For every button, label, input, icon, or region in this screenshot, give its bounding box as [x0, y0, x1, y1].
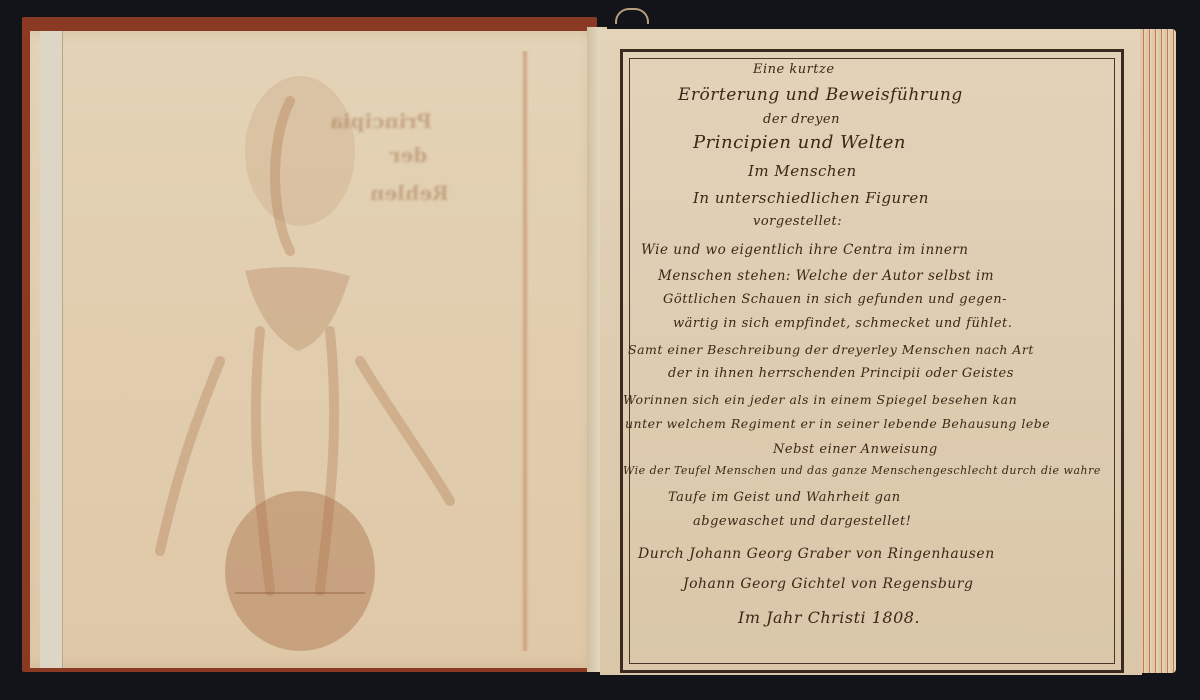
left-page: Principia der Rehlen [30, 31, 600, 668]
text-line: In unterschiedlichen Figuren [693, 189, 929, 207]
handwritten-text: Eine kurtze Erörterung und Beweisführung… [623, 52, 1121, 670]
open-book: Principia der Rehlen Eine kurtze Erörter… [22, 17, 1182, 681]
right-page: Eine kurtze Erörterung und Beweisführung… [600, 29, 1142, 675]
text-line: unter welchem Regiment er in seiner lebe… [625, 416, 1050, 431]
text-line: vorgestellet: [753, 214, 842, 229]
text-line: Wie und wo eigentlich ihre Centra im inn… [641, 242, 969, 258]
text-line: Im Jahr Christi 1808. [738, 608, 920, 627]
text-line: abgewaschet und dargestellet! [693, 514, 911, 529]
text-line: Johann Georg Gichtel von Regensburg [683, 576, 973, 592]
ghost-label: Principia [330, 109, 432, 133]
text-line: Im Menschen [748, 162, 857, 180]
ghost-label: der [390, 143, 427, 167]
page-fold-line [521, 51, 529, 651]
ghost-label: Rehlen [370, 181, 449, 205]
text-line: Menschen stehen: Welche der Autor selbst… [658, 268, 994, 284]
page-border: Eine kurtze Erörterung und Beweisführung… [620, 49, 1124, 673]
text-line: Samt einer Beschreibung der dreyerley Me… [628, 342, 1034, 357]
text-line: der in ihnen herrschenden Principii oder… [668, 366, 1014, 381]
text-line: Taufe im Geist und Wahrheit gan [668, 490, 901, 505]
text-line: Principien und Welten [693, 132, 906, 153]
text-line: Göttlichen Schauen in sich gefunden und … [663, 292, 1007, 307]
ghost-figure-illustration [30, 31, 600, 668]
text-line: der dreyen [763, 112, 840, 127]
binding-thread [615, 8, 649, 24]
text-line: Erörterung und Beweisführung [678, 85, 963, 105]
text-line: Durch Johann Georg Graber von Ringenhaus… [638, 546, 995, 562]
text-line: Wie der Teufel Menschen und das ganze Me… [623, 464, 1101, 477]
text-line: Worinnen sich ein jeder als in einem Spi… [623, 392, 1017, 407]
text-line: Nebst einer Anweisung [773, 442, 938, 457]
text-line: Eine kurtze [753, 62, 835, 77]
page-edges [1140, 29, 1176, 673]
text-line: wärtig in sich empfindet, schmecket und … [673, 316, 1012, 331]
